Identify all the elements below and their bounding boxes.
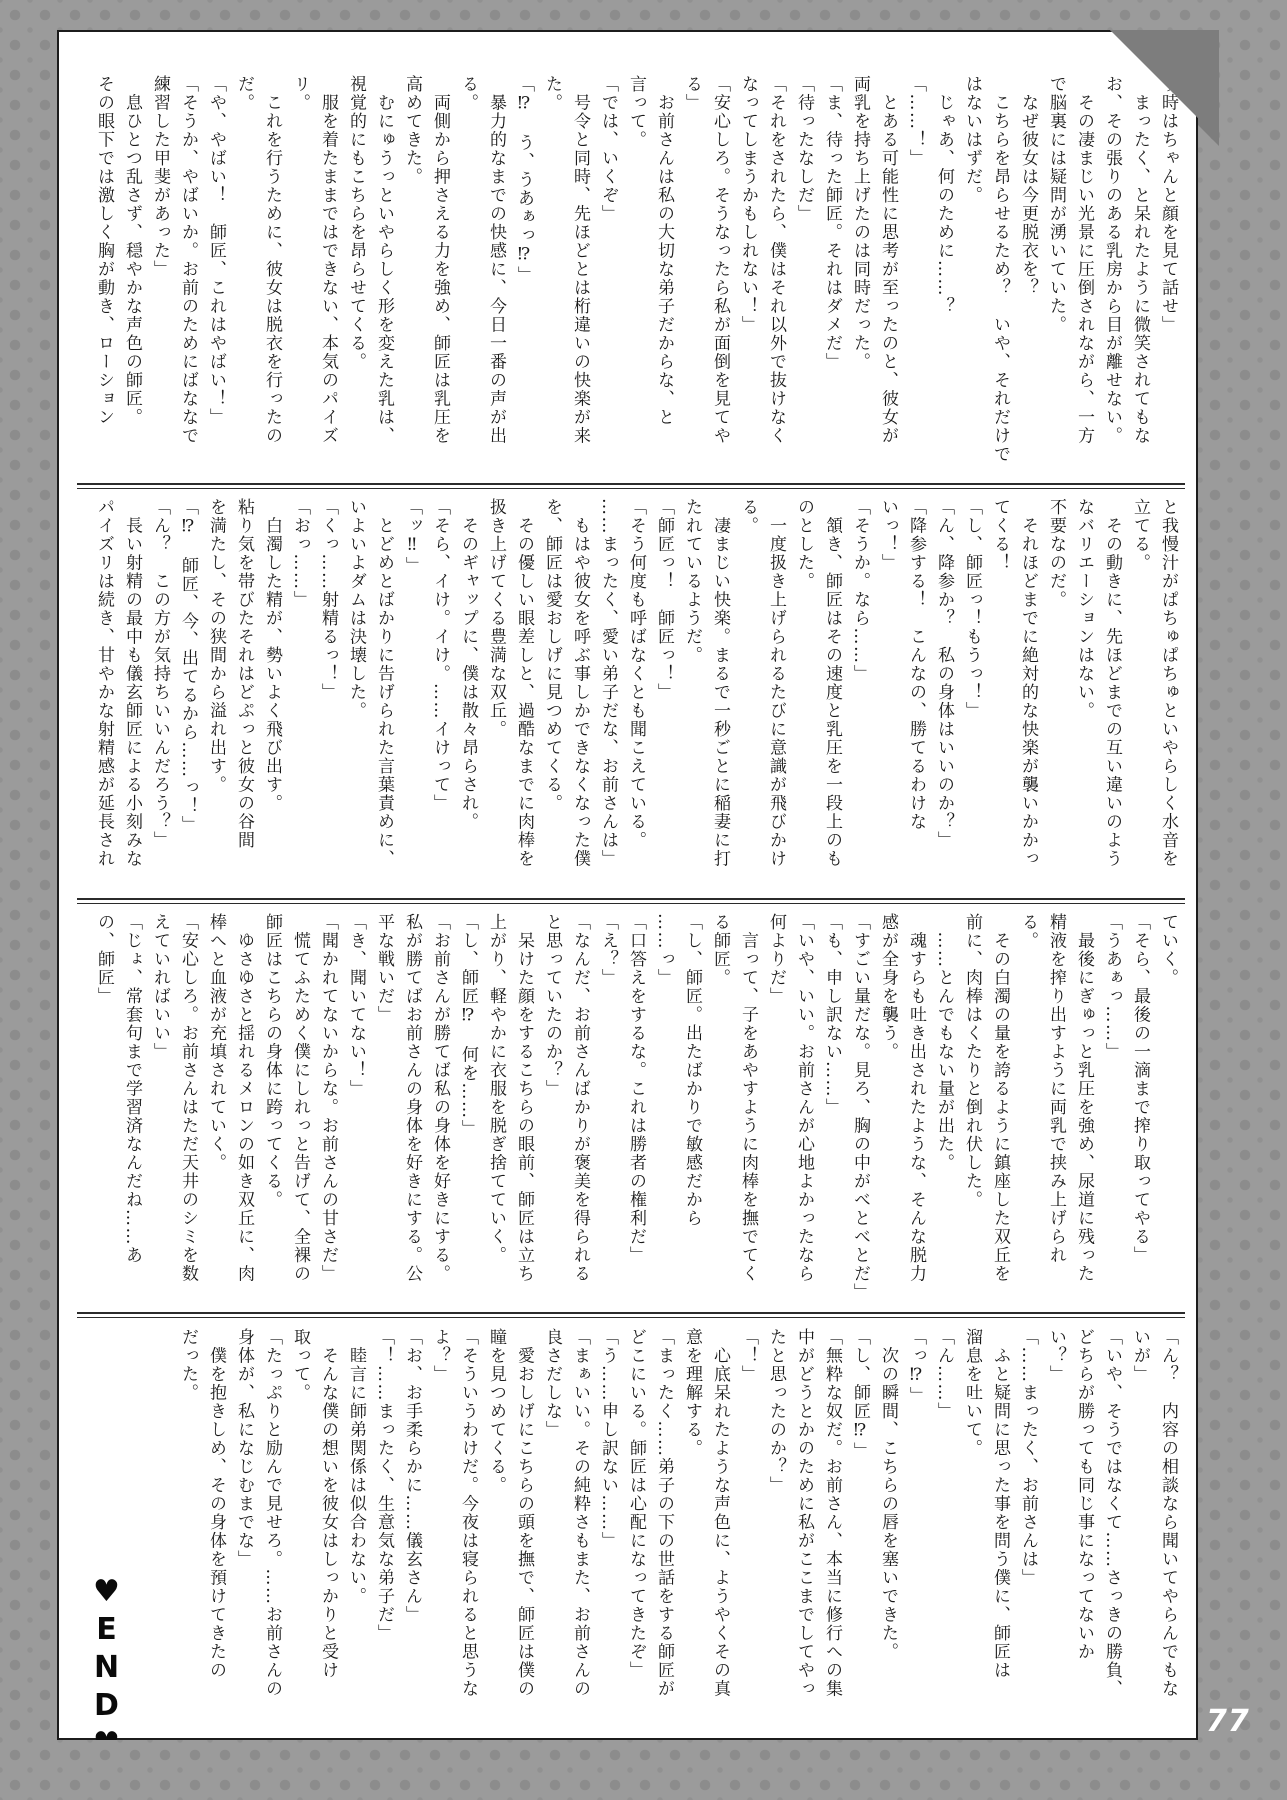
text-line: 慌てふためく僕にしれっと告げて、全裸の (286, 913, 314, 1311)
text-line: 感が全身を襲う。 (874, 913, 902, 1311)
text-line: 「や、やばい！ 師匠、これはやばい！」 (202, 75, 230, 473)
text-line: 「無粋な奴だ。お前さん、本当に修行への集 (818, 1328, 846, 1726)
text-line: 「！」 (734, 1328, 762, 1726)
text-line: その動きに、先ほどまでの互い違いのよう (1098, 498, 1126, 896)
text-line: ……っ」 (650, 913, 678, 1311)
text-line: リ。 (286, 75, 314, 473)
text-line: 睦言に師弟関係は似合わない。 (342, 1328, 370, 1726)
text-line: 高めてきた。 (398, 75, 426, 473)
end-mark: ♥END♥ (89, 1574, 124, 1734)
text-line: 「し、師匠⁉ 何を……」 (454, 913, 482, 1311)
text-line: どちらが勝っても同じ事になってないか (1070, 1328, 1098, 1726)
text-line: た。 (538, 75, 566, 473)
text-section-1: す時はちゃんと顔を見て話せ」 まったく、と呆れたように微笑されてもなお、その張り… (90, 75, 1182, 473)
text-line: 溜息を吐いて。 (958, 1328, 986, 1726)
text-line: 頷き、師匠はその速度と乳圧を一段上のも (818, 498, 846, 896)
text-line: 暴力的なまでの快感に、今日一番の声が出 (482, 75, 510, 473)
text-line: 上がり、軽やかに衣服を脱ぎ捨てていく。 (482, 913, 510, 1311)
text-line: 魂すらも吐き出されたような、そんな脱力 (902, 913, 930, 1311)
text-line: 「ん、降参か？ 私の身体はいいのか？」 (930, 498, 958, 896)
text-line: なバリエーションはない。 (1070, 498, 1098, 896)
text-line: 心底呆れたような声色に、ようやくその真 (706, 1328, 734, 1726)
text-line: す時はちゃんと顔を見て話せ」 (1154, 75, 1182, 473)
text-line: お、その張りのある乳房から目が離せない。 (1098, 75, 1126, 473)
text-line: 取って。 (286, 1328, 314, 1726)
text-line: る師匠。 (706, 913, 734, 1311)
text-line: それほどまでに絶対的な快楽が襲いかかっ (1014, 498, 1042, 896)
text-line: 服を着たままではできない、本気のパイズ (314, 75, 342, 473)
text-line: その凄まじい光景に圧倒されながら、一方 (1070, 75, 1098, 473)
text-line: 「たっぷりと励んで見せろ。……お前さんの (258, 1328, 286, 1726)
text-line: 「ん……」 (930, 1328, 958, 1726)
text-line: たれているようだ。 (678, 498, 706, 896)
text-line: だ。 (230, 75, 258, 473)
text-line: 平な戦いだ」 (370, 913, 398, 1311)
text-line: お前さんは私の大切な弟子だからな、と (650, 75, 678, 473)
text-line: これを行うために、彼女は脱衣を行ったの (258, 75, 286, 473)
text-line: 「そうか。なら……」 (846, 498, 874, 896)
text-line: 「おっ……」 (286, 498, 314, 896)
text-line: その眼下では激しく胸が動き、ローション (90, 75, 118, 473)
text-line: を、師匠は愛おしげに見つめてくる。 (538, 498, 566, 896)
text-line: 呆けた顔をするこちらの眼前、師匠は立ち (510, 913, 538, 1311)
text-line: 「え？」 (594, 913, 622, 1311)
text-line: 「では、いくぞ」 (594, 75, 622, 473)
text-line: その優しい眼差しと、過酷なまでに肉棒を (510, 498, 538, 896)
text-line: 中がどうとかのために私がここまでしてやっ (790, 1328, 818, 1726)
text-section-2: と我慢汁がぱちゅぱちゅといやらしく水音を立てる。 その動きに、先ほどまでの互い違… (90, 498, 1182, 896)
text-line: 「し、師匠⁉」 (846, 1328, 874, 1726)
text-line: 一度扱き上げられるたびに意識が飛びかけ (762, 498, 790, 896)
text-line: 「そら、最後の一滴まで搾り取ってやる」 (1126, 913, 1154, 1311)
text-line: 「ん？ この方が気持ちいいんだろう？」 (146, 498, 174, 896)
text-line: る。 (454, 75, 482, 473)
text-line: 「う……申し訳ない……」 (594, 1328, 622, 1726)
text-line: 両乳を持ち上げたのは同時だった。 (846, 75, 874, 473)
text-line: 言って。 (622, 75, 650, 473)
text-line: だった。 (174, 1328, 202, 1726)
text-line: 「うあぁっ……」 (1098, 913, 1126, 1311)
text-line: 長い射精の最中も儀玄師匠による小刻みな (118, 498, 146, 896)
text-line: 「降参する！ こんなの、勝てるわけな (902, 498, 930, 896)
text-line: その白濁の量を誇るように鎮座した双丘を (986, 913, 1014, 1311)
text-line: パイズリは続き、甘やかな射精感が延長され (90, 498, 118, 896)
text-line: 息ひとつ乱さず、穏やかな声色の師匠。 (118, 75, 146, 473)
text-line: 「っ⁉」 (902, 1328, 930, 1726)
text-line: 精液を搾り出すように両乳で挟み上げられ (1042, 913, 1070, 1311)
section-divider-2 (77, 898, 1185, 904)
text-line: えていればいい」 (146, 913, 174, 1311)
text-line: 最後にぎゅっと乳圧を強め、尿道に残った (1070, 913, 1098, 1311)
text-line: 粘り気を帯びたそれはどぷっと彼女の谷間 (230, 498, 258, 896)
text-line: よ？」 (426, 1328, 454, 1726)
text-line: 私が勝てばお前さんの身体を好きにする。公 (398, 913, 426, 1311)
text-line: 「すごい量だな。見ろ、胸の中がべとべとだ」 (846, 913, 874, 1311)
text-line: 「……まったく、お前さんは」 (1014, 1328, 1042, 1726)
page-number: 77 (1206, 1704, 1250, 1739)
text-line: 「まったく……弟子の下の世話をする師匠が (650, 1328, 678, 1726)
text-line: 「ん？ 内容の相談なら聞いてやらんでもな (1154, 1328, 1182, 1726)
text-line: と思っていたのか？」 (538, 913, 566, 1311)
text-line: むにゅうっといやらしく形を変えた乳は、 (370, 75, 398, 473)
text-line: 「ま、待った師匠。それはダメだ」 (818, 75, 846, 473)
text-line: 「お前さんが勝てば私の身体を好きにする。 (426, 913, 454, 1311)
text-line: 「じょ、常套句まで学習済なんだね……あ (118, 913, 146, 1311)
text-line: 愛おしげにこちらの頭を撫で、師匠は僕の (510, 1328, 538, 1726)
text-line: 「待ったなしだ」 (790, 75, 818, 473)
text-line: 練習した甲斐があった」 (146, 75, 174, 473)
text-line: なぜ彼女は今更脱衣を？ (1014, 75, 1042, 473)
text-line: 号令と同時、先ほどとは桁違いの快楽が来 (566, 75, 594, 473)
text-line: 前に、肉棒はくたりと倒れ伏した。 (958, 913, 986, 1311)
text-line: いっ！」 (874, 498, 902, 896)
text-line: ……とんでもない量が出た。 (930, 913, 958, 1311)
text-line: 「いや、いい。お前さんが心地よかったなら (790, 913, 818, 1311)
text-line: を満たし、その狭間から溢れ出す。 (202, 498, 230, 896)
page-box: す時はちゃんと顔を見て話せ」 まったく、と呆れたように微笑されてもなお、その張り… (57, 30, 1198, 1740)
text-line: とある可能性に思考が至ったのと、彼女が (874, 75, 902, 473)
text-line: 「そら、イけ。イけ。……イけって」 (426, 498, 454, 896)
text-line: 「き、聞いてない！」 (342, 913, 370, 1311)
text-line: 身体が、私になじむまでな」 (230, 1328, 258, 1726)
text-line: 「安心しろ。そうなったら私が面倒を見てや (706, 75, 734, 473)
text-line: る」 (678, 75, 706, 473)
section-divider-3 (77, 1312, 1185, 1318)
text-line: 次の瞬間、こちらの唇を塞いできた。 (874, 1328, 902, 1726)
text-line: 「……！」 (902, 75, 930, 473)
text-line: 扱き上げてくる豊満な双丘。 (482, 498, 510, 896)
text-line: 「くっ……射精るっ！」 (314, 498, 342, 896)
text-line: 「⁉ 師匠、今、出てるから……っ！」 (174, 498, 202, 896)
text-line: ゆさゆさと揺れるメロンの如き双丘に、肉 (230, 913, 258, 1311)
text-line: る。 (1014, 913, 1042, 1311)
text-line: とどめとばかりに告げられた言葉責めに、 (370, 498, 398, 896)
text-line: 「安心しろ。お前さんはただ天井のシミを数 (174, 913, 202, 1311)
text-line: 僕を抱きしめ、その身体を預けてきたの (202, 1328, 230, 1726)
text-line: 棒へと血液が充填されていく。 (202, 913, 230, 1311)
text-line: 不要なのだ。 (1042, 498, 1070, 896)
text-line: いよいよダムは決壊した。 (342, 498, 370, 896)
text-section-3: ていく。「そら、最後の一滴まで搾り取ってやる」「うあぁっ……」 最後にぎゅっと乳… (90, 913, 1182, 1311)
text-line: と我慢汁がぱちゅぱちゅといやらしく水音を (1154, 498, 1182, 896)
text-line: 「！……まったく、生意気な弟子だ」 (370, 1328, 398, 1726)
text-line: てくる！ (986, 498, 1014, 896)
text-line: 「そう何度も呼ばなくとも聞こえている。 (622, 498, 650, 896)
text-line: 「ッ‼」 (398, 498, 426, 896)
text-line: 「し、師匠。出たばかりで敏感だから (678, 913, 706, 1311)
text-line: 「お、お手柔らかに……儀玄さん」 (398, 1328, 426, 1726)
text-line: 「いや、そうではなくて……さっきの勝負、 (1098, 1328, 1126, 1726)
text-line: 視覚的にもこちらを昂らせてくる。 (342, 75, 370, 473)
text-line: 白濁した精が、勢いよく飛び出す。 (258, 498, 286, 896)
text-line: 「まぁいい。その純粋さもまた、お前さんの (566, 1328, 594, 1726)
text-line: の、師匠」 (90, 913, 118, 1311)
text-line: ……まったく、愛い弟子だな、お前さんは」 (594, 498, 622, 896)
text-line: 良さだしな」 (538, 1328, 566, 1726)
text-line: 師匠はこちらの身体に跨ってくる。 (258, 913, 286, 1311)
text-line: もはや彼女を呼ぶ事しかできなくなった僕 (566, 498, 594, 896)
text-line: どこにいる。師匠は心配になってきたぞ」 (622, 1328, 650, 1726)
text-line: 瞳を見つめてくる。 (482, 1328, 510, 1726)
text-line: 何よりだ」 (762, 913, 790, 1311)
text-line: そのギャップに、僕は散々昂らされ。 (454, 498, 482, 896)
text-line: 「し、師匠っ！もうっ！」 (958, 498, 986, 896)
text-line: はないはずだ。 (958, 75, 986, 473)
text-line: 意を理解する。 (678, 1328, 706, 1726)
section-divider-1 (77, 483, 1185, 489)
text-line: ていく。 (1154, 913, 1182, 1311)
text-line: 「聞かれてないからな。お前さんの甘さだ」 (314, 913, 342, 1311)
text-line: そんな僕の想いを彼女はしっかりと受け (314, 1328, 342, 1726)
text-line: まったく、と呆れたように微笑されてもな (1126, 75, 1154, 473)
text-line: たと思ったのか？」 (762, 1328, 790, 1726)
text-line: る。 (734, 498, 762, 896)
text-line: 「それをされたら、僕はそれ以外で抜けなく (762, 75, 790, 473)
text-line: 言って、子をあやすように肉棒を撫でてく (734, 913, 762, 1311)
text-line: のとした。 (790, 498, 818, 896)
text-line: じゃあ、何のために……？ (930, 75, 958, 473)
text-section-4: 「ん？ 内容の相談なら聞いてやらんでもないが」「いや、そうではなくて……さっきの… (174, 1328, 1182, 1726)
text-line: い？」 (1042, 1328, 1070, 1726)
text-line: いが」 (1126, 1328, 1154, 1726)
text-line: 「そういうわけだ。今夜は寝られると思うな (454, 1328, 482, 1726)
text-line: 両側から押さえる力を強め、師匠は乳圧を (426, 75, 454, 473)
text-line: で脳裏には疑問が湧いていた。 (1042, 75, 1070, 473)
text-line: 立てる。 (1126, 498, 1154, 896)
text-line: なってしまうかもしれない！」 (734, 75, 762, 473)
text-line: 「口答えをするな。これは勝者の権利だ」 (622, 913, 650, 1311)
text-line: 凄まじい快楽。まるで一秒ごとに稲妻に打 (706, 498, 734, 896)
text-line: 「師匠っ！ 師匠っ！」 (650, 498, 678, 896)
text-line: 「そうか、やばいか。お前のためにばななで (174, 75, 202, 473)
text-line: 「なんだ、お前さんばかりが褒美を得られる (566, 913, 594, 1311)
text-line: 「も、申し訳ない……」 (818, 913, 846, 1311)
text-line: ふと疑問に思った事を問う僕に、師匠は (986, 1328, 1014, 1726)
text-line: 「⁉ う、うあぁっ⁉」 (510, 75, 538, 473)
text-line: こちらを昂らせるため？ いや、それだけで (986, 75, 1014, 473)
